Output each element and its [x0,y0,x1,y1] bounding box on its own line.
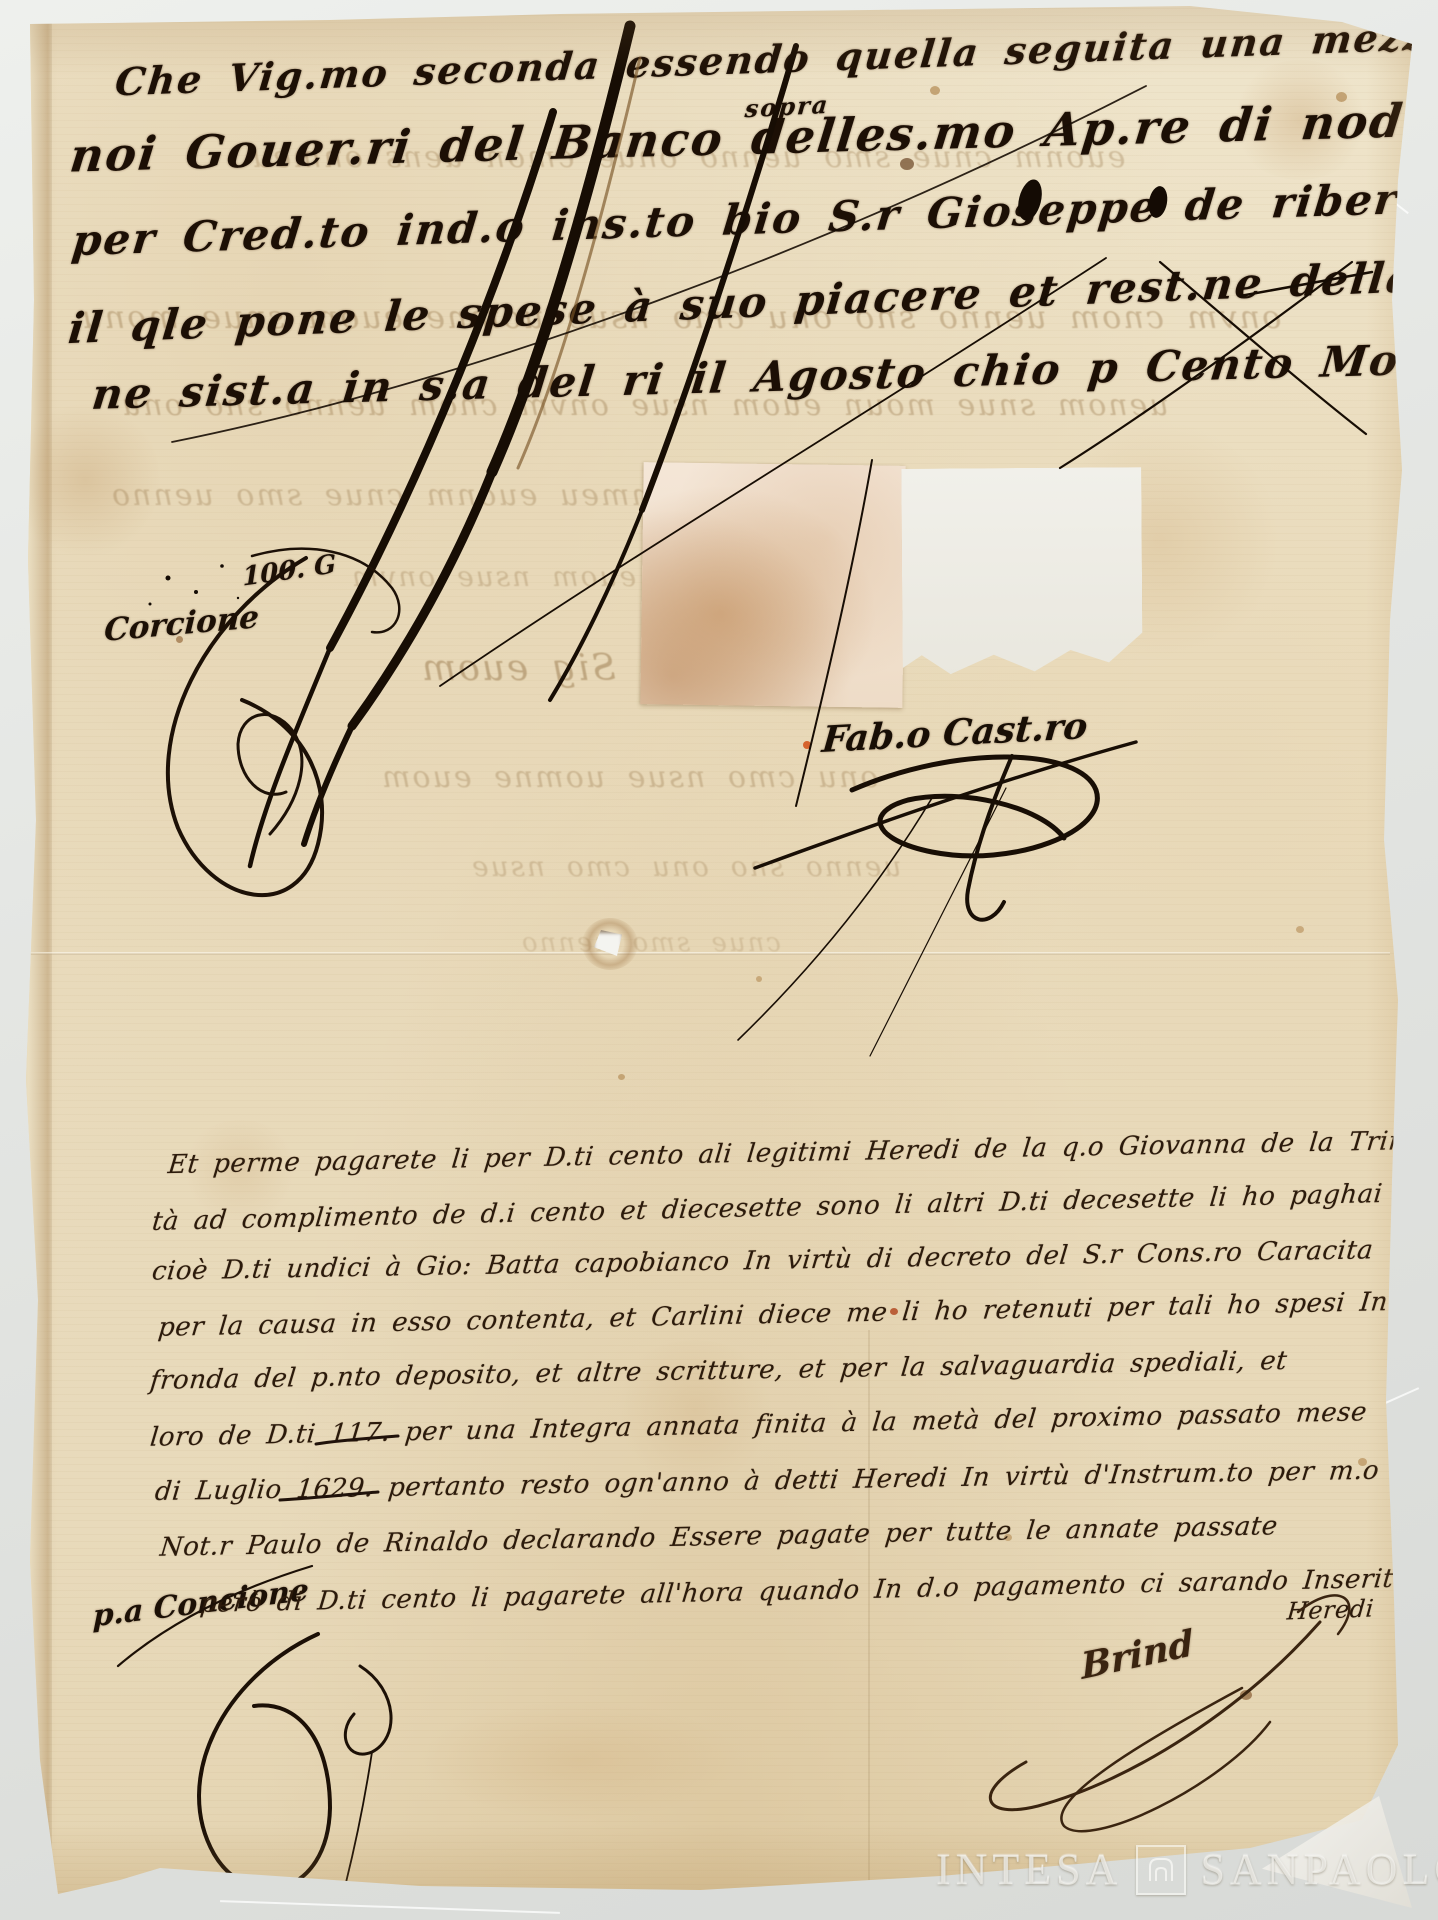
signature-corcione: Corcione [103,599,260,649]
rust-speck [803,741,811,749]
verso-showthrough-line: onu cmo nsue uomne euom [380,760,878,795]
verso-showthrough-line: cnue smo uenno [520,928,781,958]
foxing-spot [756,976,762,982]
foxing-spot [1296,926,1304,933]
amount-note: 100. G [242,549,337,592]
intesa-sanpaolo-logo-icon [1136,1845,1186,1895]
manuscript-line: di Luglio 1629. pertanto resto ogn'anno … [154,1455,1422,1507]
glued-paper-patch [640,462,905,708]
scanned-manuscript: euonm cnue smo uenno onue cmon uens onme… [0,0,1438,1920]
manuscript-line: però di D.ti cento li pagarete all'hora … [199,1563,1437,1619]
manuscript-page: euonm cnue smo uenno onue cmon uens onme… [0,0,1438,1920]
manuscript-line: tà ad complimento de d.i cento et dieces… [151,1179,1384,1237]
signature-fabio-cast: Fab.o Cast.ro [820,705,1089,761]
stain [420,1700,740,1820]
manuscript-trailing-word: Heredi [1286,1594,1375,1625]
verso-showthrough-line: uenno sno onu cmo nsue [470,850,901,883]
corcione-paraph [168,549,399,895]
signature-brind: Brind [1080,1622,1195,1688]
left-fold-edge [0,0,52,1920]
manuscript-line: cioè D.ti undici à Gio: Batta capobianco… [151,1235,1375,1286]
white-paper-patch [901,467,1142,681]
manuscript-line: per la causa in esso contenta, et Carlin… [157,1287,1390,1343]
foxing-spot [618,1074,625,1080]
watermark-intesa-text: INTESA [936,1844,1122,1895]
manuscript-line: fronda del p.nto deposito, et altre scri… [149,1346,1289,1396]
background-scratch [220,1900,560,1914]
foxing-spot [1240,1690,1252,1700]
watermark: INTESA SANPAOLO [936,1844,1438,1895]
manuscript-line: Et perme pagarete li per D.ti cento ali … [167,1126,1426,1180]
foxing-spot [930,86,940,95]
watermark-sanpaolo-text: SANPAOLO [1200,1844,1438,1895]
manuscript-line: per Cred.to ind.o ins.to bio S.r Giosepp… [70,168,1438,265]
manuscript-line: Not.r Paulo de Rinaldo declarando Essere… [159,1511,1280,1563]
manuscript-line: Che Vig.mo seconda essendo quella seguit… [113,13,1438,105]
manuscript-line: loro de D.ti 117. per una Integra annata… [149,1397,1369,1453]
